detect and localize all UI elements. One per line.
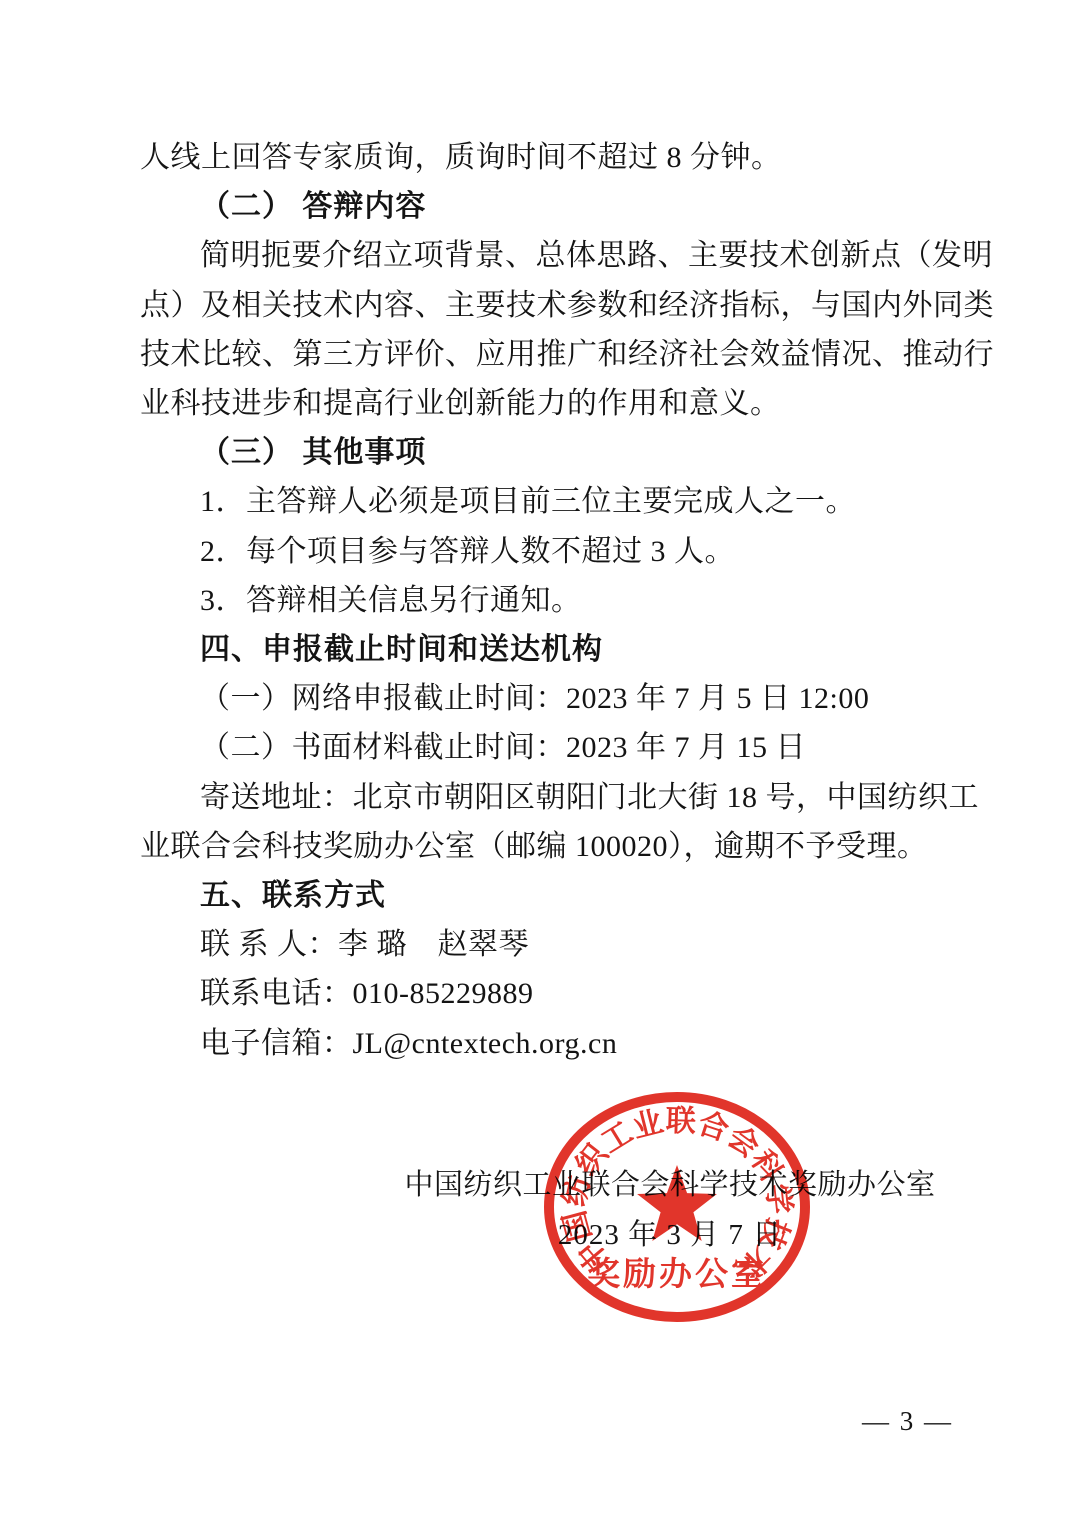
paper-deadline-line: （二）书面材料截止时间：2023 年 7 月 15 日: [140, 723, 948, 772]
doc-line: 技术比较、第三方评价、应用推广和经济社会效益情况、推动行: [140, 330, 948, 379]
section-heading-deadline: 四、申报截止时间和送达机构: [140, 625, 948, 674]
contact-phone-line: 联系电话：010-85229889: [140, 969, 948, 1018]
seal-graphic: 中国纺织工业联合会科学技术 奖励办公室: [537, 1087, 817, 1327]
doc-line: 业科技进步和提高行业创新能力的作用和意义。: [140, 379, 948, 428]
mailing-address-line: 业联合会科技奖励办公室（邮编 100020），逾期不予受理。: [140, 822, 948, 871]
list-item-1: 1．主答辩人必须是项目前三位主要完成人之一。: [140, 477, 948, 526]
page-number: — 3 —: [862, 1406, 953, 1437]
doc-line: 简明扼要介绍立项背景、总体思路、主要技术创新点（发明: [140, 231, 948, 280]
online-deadline-line: （一）网络申报截止时间：2023 年 7 月 5 日 12:00: [140, 674, 948, 723]
list-item-2: 2．每个项目参与答辩人数不超过 3 人。: [140, 527, 948, 576]
seal-bottom-text: 奖励办公室: [587, 1255, 767, 1292]
doc-line: 点）及相关技术内容、主要技术参数和经济指标，与国内外同类: [140, 281, 948, 330]
section-heading-defense-content: （二） 答辩内容: [140, 182, 948, 231]
contact-person-line: 联 系 人：李 璐 赵翠琴: [140, 920, 948, 969]
star-icon: [637, 1165, 717, 1241]
doc-line: 人线上回答专家质询，质询时间不超过 8 分钟。: [140, 133, 948, 182]
contact-email-line: 电子信箱：JL@cntextech.org.cn: [140, 1019, 948, 1068]
document-page: 人线上回答专家质询，质询时间不超过 8 分钟。 （二） 答辩内容 简明扼要介绍立…: [0, 0, 1080, 1526]
official-seal: 中国纺织工业联合会科学技术 奖励办公室: [537, 1087, 817, 1327]
section-heading-other-matters: （三） 其他事项: [140, 428, 948, 477]
list-item-3: 3．答辩相关信息另行通知。: [140, 576, 948, 625]
section-heading-contact: 五、联系方式: [140, 871, 948, 920]
mailing-address-line: 寄送地址：北京市朝阳区朝阳门北大街 18 号，中国纺织工: [140, 773, 948, 822]
document-body: 人线上回答专家质询，质询时间不超过 8 分钟。 （二） 答辩内容 简明扼要介绍立…: [140, 133, 948, 1068]
